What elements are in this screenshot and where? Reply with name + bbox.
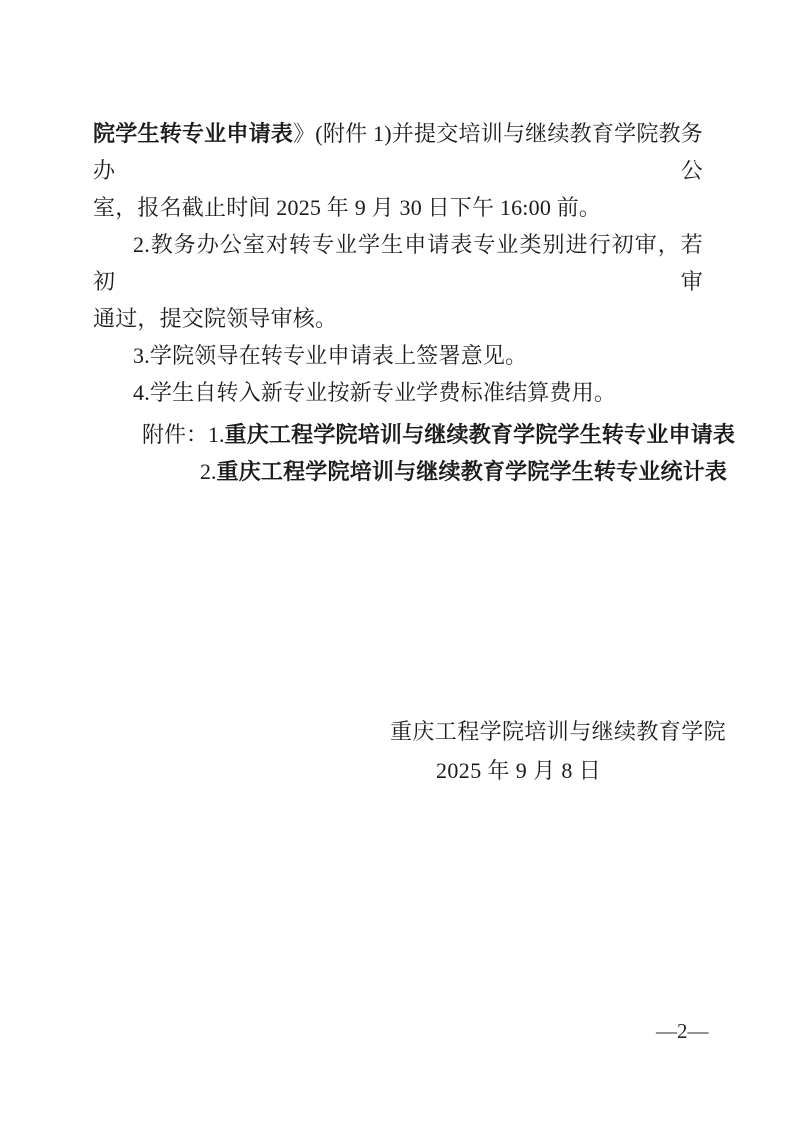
- attachment-number: 2.: [200, 459, 217, 484]
- paragraph-4: 4.学生自转入新专业按新专业学费标准结算费用。: [93, 374, 703, 411]
- attachment-item: 附件：1.重庆工程学院培训与继续教育学院学生转专业申请表: [142, 416, 735, 453]
- attachment-item: 2.重庆工程学院培训与继续教育学院学生转专业统计表: [142, 453, 735, 490]
- attachments-block: 附件：1.重庆工程学院培训与继续教育学院学生转专业申请表 2.重庆工程学院培训与…: [142, 416, 735, 490]
- paragraph-1-line-2: 室，报名截止时间 2025 年 9 月 30 日下午 16:00 前。: [93, 189, 703, 226]
- paragraph-2-line-1: 2.教务办公室对转专业学生申请表专业类别进行初审，若初审: [93, 226, 703, 300]
- bold-title-run: 院学生转专业申请表: [93, 121, 293, 146]
- attachment-title: 重庆工程学院培训与继续教育学院学生转专业申请表: [225, 422, 736, 447]
- attachments-label: 附件：: [142, 422, 208, 447]
- body-text: 院学生转专业申请表》(附件 1)并提交培训与继续教育学院教务办公 室，报名截止时…: [93, 115, 703, 411]
- document-page: 院学生转专业申请表》(附件 1)并提交培训与继续教育学院教务办公 室，报名截止时…: [0, 0, 793, 1122]
- signature-date: 2025 年 9 月 8 日: [436, 752, 601, 789]
- attachment-number: 1.: [208, 422, 225, 447]
- signature-organization: 重庆工程学院培训与继续教育学院: [390, 713, 726, 750]
- paragraph-2-line-2: 通过，提交院领导审核。: [93, 300, 703, 337]
- page-number: —2—: [656, 1017, 709, 1045]
- paragraph-3: 3.学院领导在转专业申请表上签署意见。: [93, 337, 703, 374]
- attachment-title: 重庆工程学院培训与继续教育学院学生转专业统计表: [217, 459, 728, 484]
- paragraph-1-line-1: 院学生转专业申请表》(附件 1)并提交培训与继续教育学院教务办公: [93, 115, 703, 189]
